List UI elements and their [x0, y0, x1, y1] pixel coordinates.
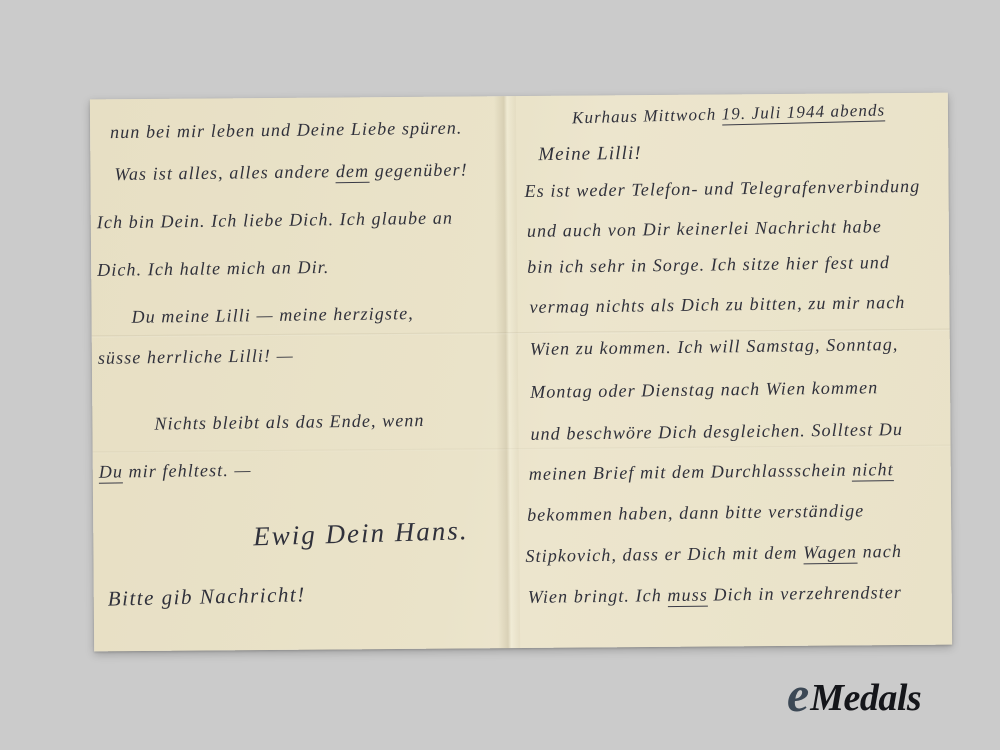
letter-salutation: Meine Lilli! — [538, 143, 642, 167]
letter-line: vermag nichts als Dich zu bitten, zu mir… — [529, 292, 905, 319]
letter-postscript: Bitte gib Nachricht! — [108, 582, 306, 612]
letter-signature: Ewig Dein Hans. — [253, 514, 469, 553]
letter-page-left: nun bei mir leben und Deine Liebe spüren… — [90, 96, 508, 651]
emedals-wordmark: Medals — [810, 681, 921, 715]
letter-line: Montag oder Dienstag nach Wien kommen — [530, 377, 878, 403]
product-photo: nun bei mir leben und Deine Liebe spüren… — [0, 0, 1000, 750]
letter-line: Es ist weder Telefon- und Telegrafenverb… — [524, 176, 920, 203]
letter-line: Wien bringt. Ich muss Dich in verzehrend… — [528, 582, 902, 608]
letter-line: Was ist alles, alles andere dem gegenübe… — [114, 159, 468, 185]
letter-line: Ich bin Dein. Ich liebe Dich. Ich glaube… — [97, 208, 453, 234]
letter-line: und beschwöre Dich desgleichen. Solltest… — [530, 419, 903, 445]
letter-dateline: Kurhaus Mittwoch 19. Juli 1944 abends — [572, 100, 886, 128]
letter-line: nun bei mir leben und Deine Liebe spüren… — [110, 118, 463, 144]
letter-line: süsse herrliche Lilli! — — [98, 345, 294, 369]
letter-line: Stipkovich, dass er Dich mit dem Wagen n… — [525, 541, 902, 568]
letter-line: Dich. Ich halte mich an Dir. — [97, 257, 330, 282]
letter-line: Wien zu kommen. Ich will Samstag, Sonnta… — [530, 334, 899, 360]
letter-line: bekommen haben, dann bitte verständige — [527, 500, 864, 526]
letter-line: bin ich sehr in Sorge. Ich sitze hier fe… — [527, 252, 890, 278]
letter-line: Du meine Lilli — meine herzigste, — [131, 303, 414, 328]
letter-line: Du mir fehltest. — — [99, 460, 252, 484]
emedals-e-glyph: e — [787, 674, 808, 715]
letter-line: meinen Brief mit dem Durchlassschein nic… — [529, 459, 894, 485]
letter-line: Nichts bleibt als das Ende, wenn — [154, 410, 424, 435]
letter-line: und auch von Dir keinerlei Nachricht hab… — [527, 216, 882, 242]
letter-sheet: nun bei mir leben und Deine Liebe spüren… — [90, 93, 952, 652]
letter-page-right: Kurhaus Mittwoch 19. Juli 1944 abends Me… — [516, 93, 952, 648]
emedals-logo: e Medals — [787, 665, 921, 715]
